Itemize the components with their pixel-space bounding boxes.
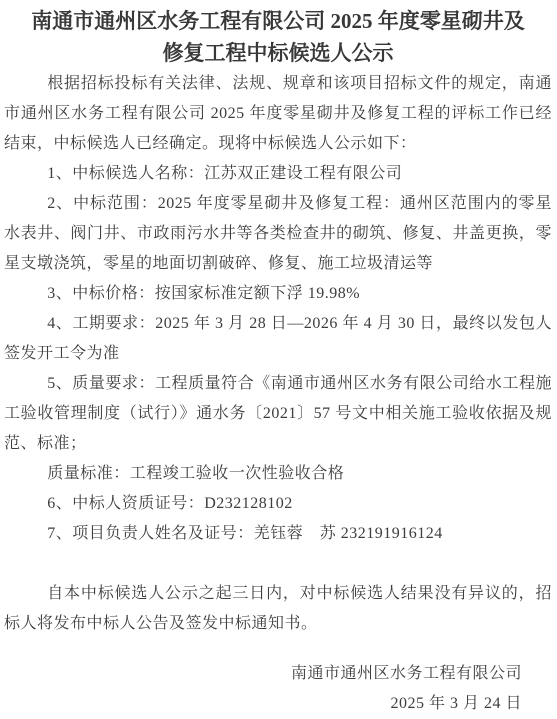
document-title: 南通市通州区水务工程有限公司 2025 年度零星砌井及 修复工程中标候选人公示 [4,5,552,69]
item-quality-requirement: 5、质量要求：工程质量符合《南通市通州区水务有限公司给水工程施工验收管理制度（试… [4,369,552,459]
issue-date: 2025 年 3 月 24 日 [4,689,522,719]
closing-paragraph: 自本中标候选人公示之起三日内，对中标候选人结果没有异议的，招标人将发布中标人公告… [4,579,552,639]
intro-paragraph: 根据招标投标有关法律、法规、规章和该项目招标文件的规定，南通市通州区水务工程有限… [4,69,552,159]
item-quality-standard: 质量标准：工程竣工验收一次性验收合格 [4,459,552,489]
item-construction-period: 4、工期要求：2025 年 3 月 28 日—2026 年 4 月 30 日，最… [4,309,552,369]
item-qualification-certificate-no: 6、中标人资质证号：D232128102 [4,489,552,519]
signature-spacer [4,639,552,659]
document-title-line-1: 南通市通州区水务工程有限公司 2025 年度零星砌井及 [4,5,552,37]
document-title-line-2: 修复工程中标候选人公示 [4,37,552,69]
announcement-document: 南通市通州区水务工程有限公司 2025 年度零星砌井及 修复工程中标候选人公示 … [0,0,557,719]
item-winning-candidate-name: 1、中标候选人名称：江苏双正建设工程有限公司 [4,159,552,189]
item-bid-price: 3、中标价格：按国家标准定额下浮 19.98% [4,279,552,309]
item-bid-scope: 2、中标范围：2025 年度零星砌井及修复工程：通州区范围内的零星水表井、阀门井… [4,189,552,279]
issuer-name: 南通市通州区水务工程有限公司 [4,659,522,689]
blank-line-spacer [4,549,552,579]
signature-block: 南通市通州区水务工程有限公司 2025 年 3 月 24 日 [4,659,552,719]
item-project-manager: 7、项目负责人姓名及证号：羌钰蓉 苏 232191916124 [4,519,552,549]
